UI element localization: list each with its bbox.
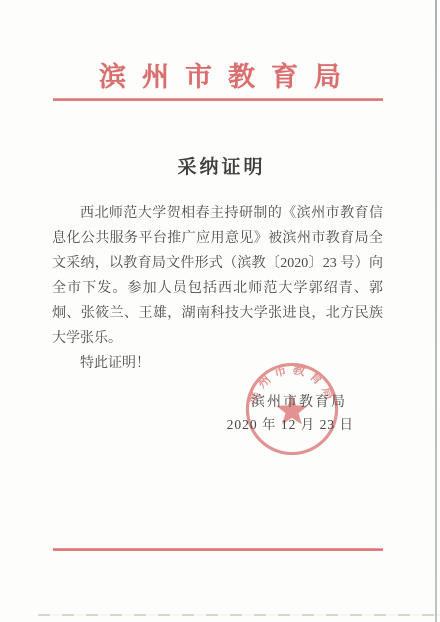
letterhead-org-name: 滨州市教育局 bbox=[0, 55, 440, 94]
body-paragraph: 西北师范大学贺相春主持研制的《滨州市教育信息化公共服务平台推广应用意见》被滨州市… bbox=[52, 201, 383, 351]
document-title: 采纳证明 bbox=[0, 152, 440, 179]
letterhead-rule bbox=[53, 98, 383, 101]
document-date: 2020 年 12 月 23 日 bbox=[227, 413, 354, 433]
signature-org-name: 滨州市教育局 bbox=[251, 391, 347, 411]
document-body: 西北师范大学贺相春主持研制的《滨州市教育信息化公共服务平台推广应用意见》被滨州市… bbox=[52, 201, 383, 376]
scanned-document-page: 滨州市教育局 采纳证明 西北师范大学贺相春主持研制的《滨州市教育信息化公共服务平… bbox=[0, 0, 440, 622]
scan-page-edge-right bbox=[435, 0, 437, 622]
footer-rule bbox=[53, 548, 383, 551]
scan-page-edge-bottom bbox=[38, 614, 440, 616]
